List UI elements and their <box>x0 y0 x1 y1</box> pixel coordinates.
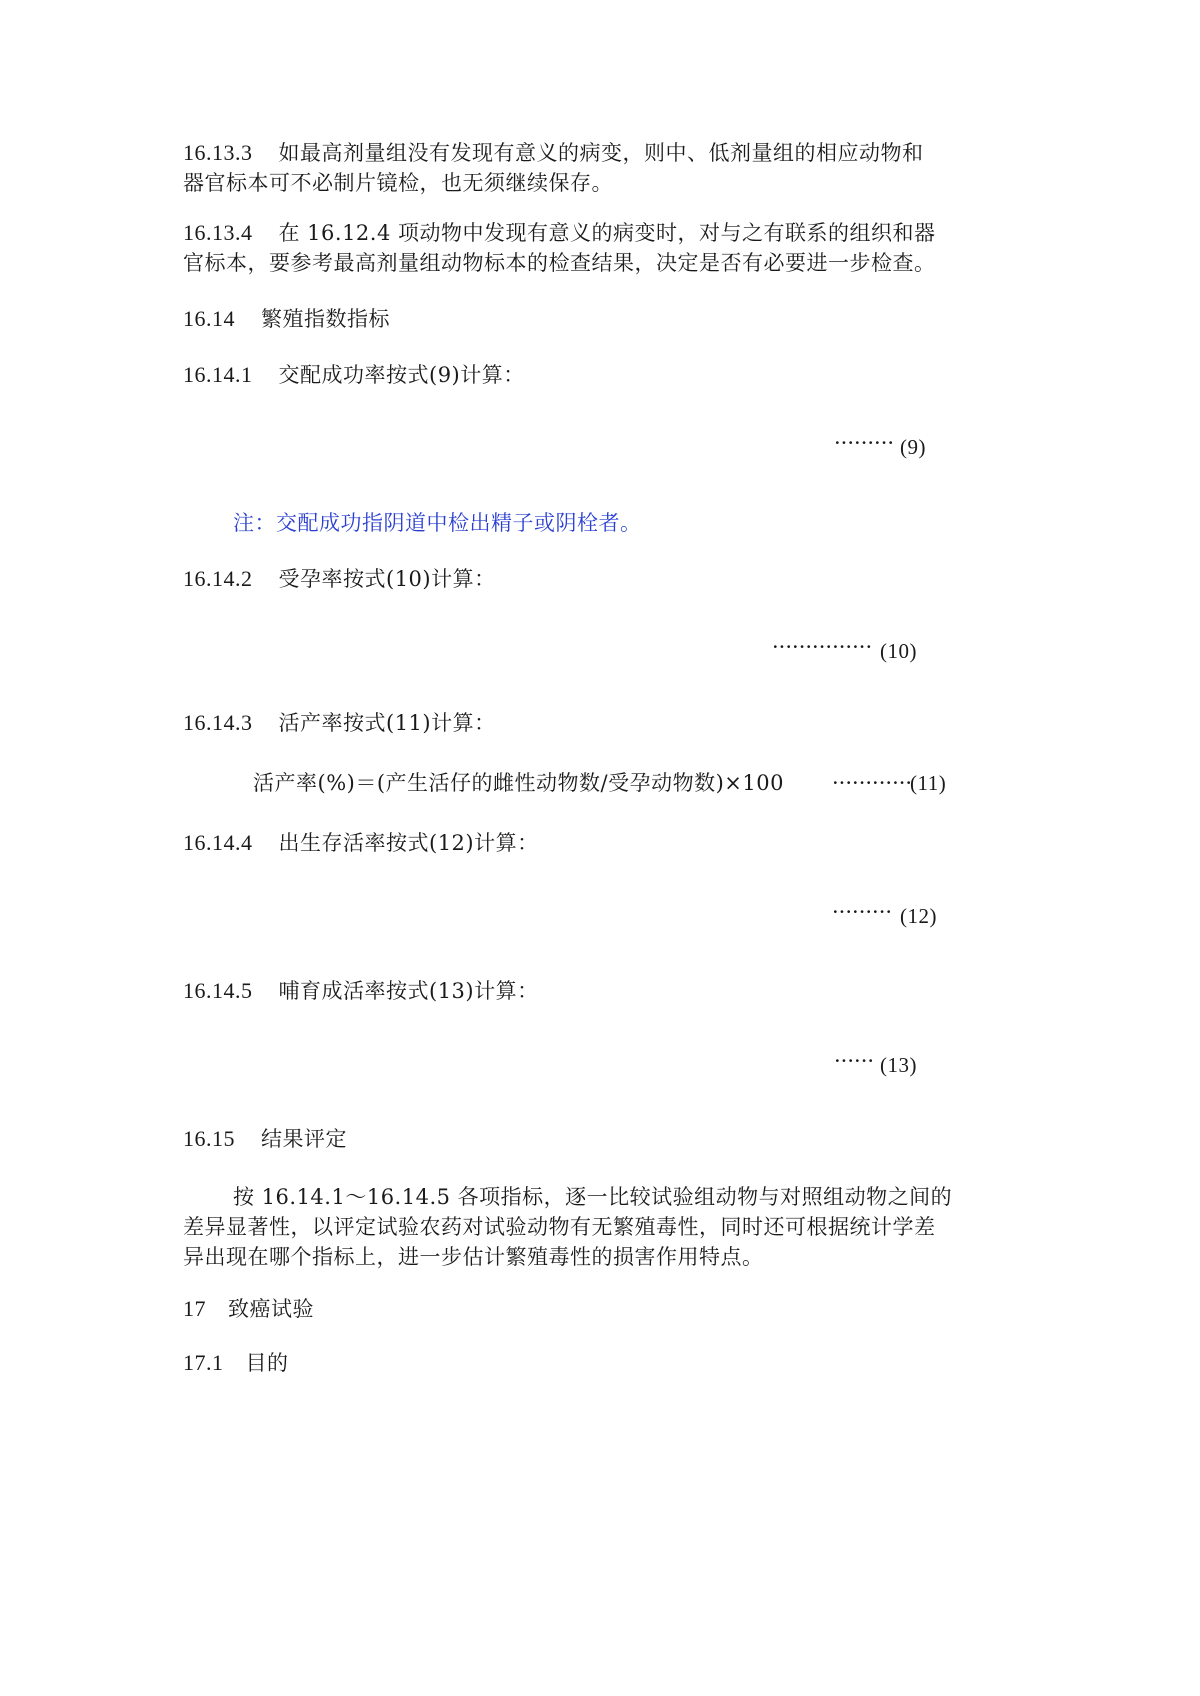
paragraph-16-13-4-line-2: 官标本，要参考最高剂量组动物标本的检查结果，决定是否有必要进一步检查。 <box>183 248 936 278</box>
formula-11-line-1: 活产率(%)＝(产生活仔的雌性动物数/受孕动物数)×100 <box>253 768 784 798</box>
formula-12-number: (12) <box>900 901 937 931</box>
heading-16-14-3: 16.14.3活产率按式(11)计算： <box>183 708 496 738</box>
heading-17: 17致癌试验 <box>183 1294 314 1324</box>
formula-13-leader-dots: ······ <box>834 1046 874 1076</box>
heading-16-14: 16.14繁殖指数指标 <box>183 304 390 334</box>
formula-12-leader-dots: ········· <box>832 897 892 927</box>
heading-16-14-1: 16.14.1交配成功率按式(9)计算： <box>183 360 525 390</box>
formula-11-number: (11) <box>910 768 946 798</box>
heading-16-14-4: 16.14.4出生存活率按式(12)计算： <box>183 828 539 858</box>
evaluation-line-2: 差异显著性，以评定试验农药对试验动物有无繁殖毒性，同时还可根据统计学差 <box>183 1212 936 1242</box>
heading-16-15: 16.15结果评定 <box>183 1124 347 1154</box>
formula-10-number: (10) <box>880 636 917 666</box>
formula-9-leader-dots: ········· <box>834 428 894 458</box>
heading-17-1: 17.1目的 <box>183 1348 289 1378</box>
formula-11-leader-dots: ············ <box>832 768 912 798</box>
paragraph-16-13-3-line-1: 16.13.3如最高剂量组没有发现有意义的病变，则中、低剂量组的相应动物和 <box>183 138 924 168</box>
evaluation-line-1: 按 16.14.1～16.14.5 各项指标，逐一比较试验组动物与对照组动物之间… <box>233 1182 952 1212</box>
formula-10-leader-dots: ··············· <box>772 632 872 662</box>
heading-16-14-5: 16.14.5哺育成活率按式(13)计算： <box>183 976 539 1006</box>
note-mating-success: 注：交配成功指阴道中检出精子或阴栓者。 <box>233 508 642 538</box>
formula-13-number: (13) <box>880 1050 917 1080</box>
paragraph-16-13-3-line-2: 器官标本可不必制片镜检，也无须继续保存。 <box>183 168 613 198</box>
paragraph-16-13-4-line-1: 16.13.4在 16.12.4 项动物中发现有意义的病变时，对与之有联系的组织… <box>183 218 936 248</box>
formula-9-number: (9) <box>900 432 926 462</box>
clause-number: 16.13.3 <box>183 138 253 168</box>
evaluation-line-3: 异出现在哪个指标上，进一步估计繁殖毒性的损害作用特点。 <box>183 1242 764 1272</box>
heading-16-14-2: 16.14.2受孕率按式(10)计算： <box>183 564 496 594</box>
clause-number: 16.13.4 <box>183 218 253 248</box>
